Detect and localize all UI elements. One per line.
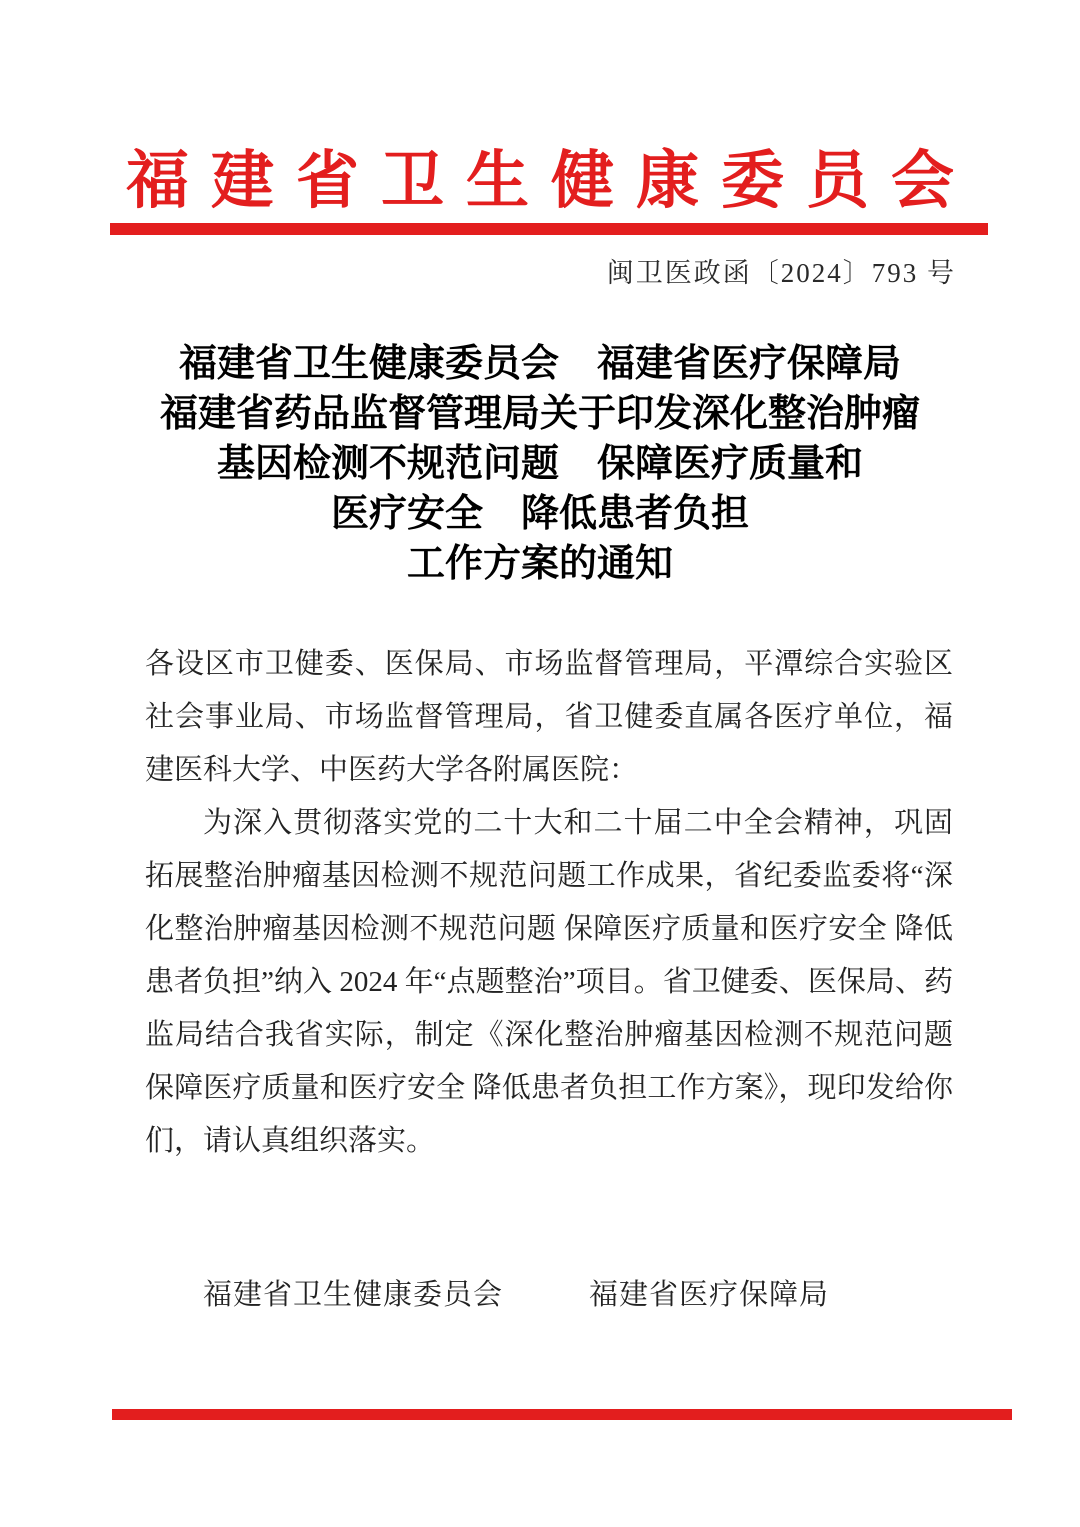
document-number: 闽卫医政函〔2024〕793 号	[607, 251, 956, 290]
recipients-paragraph: 各设区市卫健委、医保局、市场监督管理局，平潭综合实验区社会事业局、市场监督管理局…	[145, 638, 953, 797]
body-paragraph: 为深入贯彻落实党的二十大和二十届二中全会精神，巩固拓展整治肿瘤基因检测不规范问题…	[145, 797, 953, 1168]
document-title: 福建省卫生健康委员会 福建省医疗保障局 福建省药品监督管理局关于印发深化整治肿瘤…	[90, 339, 990, 589]
letterhead-org-title: 福建省卫生健康委员会	[101, 130, 1001, 221]
document-page: 福建省卫生健康委员会 闽卫医政函〔2024〕793 号 福建省卫生健康委员会 福…	[0, 0, 1080, 1527]
title-line-5: 工作方案的通知	[90, 539, 990, 589]
title-line-3: 基因检测不规范问题 保障医疗质量和	[90, 439, 990, 489]
footer-rule	[112, 1409, 1012, 1420]
signature-row: 福建省卫生健康委员会 福建省医疗保障局	[145, 1272, 953, 1313]
document-body: 各设区市卫健委、医保局、市场监督管理局，平潭综合实验区社会事业局、市场监督管理局…	[145, 638, 953, 1168]
title-line-2: 福建省药品监督管理局关于印发深化整治肿瘤	[90, 389, 990, 439]
title-line-4: 医疗安全 降低患者负担	[90, 489, 990, 539]
letterhead-divider-rule	[110, 223, 988, 235]
signature-org-health-commission: 福建省卫生健康委员会	[203, 1272, 503, 1313]
title-line-1: 福建省卫生健康委员会 福建省医疗保障局	[90, 339, 990, 389]
signature-org-medical-security: 福建省医疗保障局	[589, 1272, 829, 1313]
